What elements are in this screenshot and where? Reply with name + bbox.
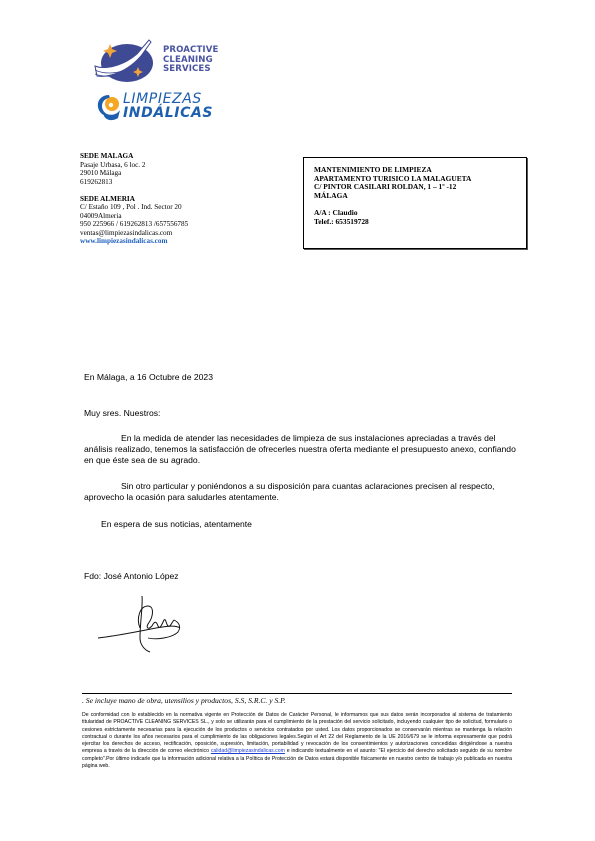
footer-included-note: . Se incluye mano de obra, utensilios y …	[82, 696, 286, 705]
limpiezas-indalicas-logo: LIMPIEZAS INDÁLICAS	[96, 92, 226, 126]
sede-malaga-title: SEDE MALAGA	[80, 152, 188, 161]
indalo-figure-icon	[96, 92, 122, 122]
quality-email-link[interactable]: calidad@limpiezasindalicas.com	[211, 748, 285, 754]
sede-almeria-street: C/ Estaño 109 , Pol . Ind. Sector 20	[80, 203, 188, 212]
handwritten-signature-icon	[96, 592, 206, 654]
recipient-phone: Telef.: 653519728	[314, 218, 518, 227]
sede-malaga-phone: 619262813	[80, 178, 188, 187]
letter-closing: En espera de sus noticias, atentamente	[101, 519, 252, 530]
proactive-cleaning-logo: PROACTIVE CLEANING SERVICES	[93, 36, 233, 86]
letter-date: En Málaga, a 16 Octubre de 2023	[84, 372, 213, 383]
website-link[interactable]: www.limpiezasindalicas.com	[80, 237, 188, 246]
sede-almeria-city: 04009Almeria	[80, 212, 188, 221]
proactive-brand-name: PROACTIVE CLEANING SERVICES	[163, 46, 218, 75]
letter-paragraph-1: En la medida de atender las necesidades …	[84, 433, 520, 466]
signatory-name: Fdo: José Antonio López	[84, 571, 179, 582]
recipient-line: MÁLAGA	[314, 192, 518, 201]
sede-malaga-street: Pasaje Urbasa, 6 loc. 2	[80, 161, 188, 170]
sede-malaga-city: 29010 Málaga	[80, 169, 188, 178]
broom-sparkle-icon	[93, 36, 157, 86]
letter-salutation: Muy sres. Nuestros:	[84, 408, 160, 419]
sede-almeria-phones: 950 225966 / 619262813 /657556785	[80, 220, 188, 229]
sede-almeria-title: SEDE ALMERIA	[80, 195, 188, 204]
data-protection-notice: De conformidad con lo establecido en la …	[82, 712, 512, 770]
sales-email: ventas@limpiezasindalicas.com	[80, 229, 188, 238]
indalicas-brand-name: LIMPIEZAS INDÁLICAS	[123, 92, 213, 120]
recipient-address-box: MANTENIMIENTO DE LIMPIEZA APARTAMENTO TU…	[303, 157, 527, 249]
letter-paragraph-2: Sin otro particular y poniéndonos a su d…	[84, 481, 520, 503]
sender-address-block: SEDE MALAGA Pasaje Urbasa, 6 loc. 2 2901…	[80, 152, 188, 246]
footer-divider	[82, 693, 512, 694]
